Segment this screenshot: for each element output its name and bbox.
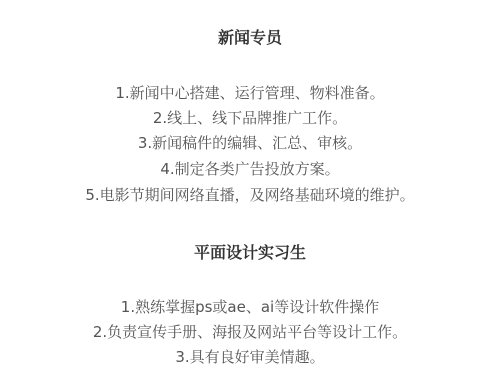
list-item: 1.熟练掌握ps或ae、ai等设计软件操作 [0, 297, 500, 317]
list-item: 1.新闻中心搭建、运行管理、物料准备。 [0, 83, 500, 103]
list-item: 3.具有良好审美情趣。 [0, 347, 500, 367]
list-item: 3.新闻稿件的编辑、汇总、审核。 [0, 133, 500, 153]
list-item: 5.电影节期间网络直播，及网络基础环境的维护。 [0, 185, 500, 205]
section-title: 新闻专员 [0, 28, 500, 48]
list-item: 2.负责宣传手册、海报及网站平台等设计工作。 [0, 322, 500, 342]
list-item: 2.线上、线下品牌推广工作。 [0, 108, 500, 128]
list-item: 4.制定各类广告投放方案。 [0, 159, 500, 179]
section-title: 平面设计实习生 [0, 243, 500, 263]
